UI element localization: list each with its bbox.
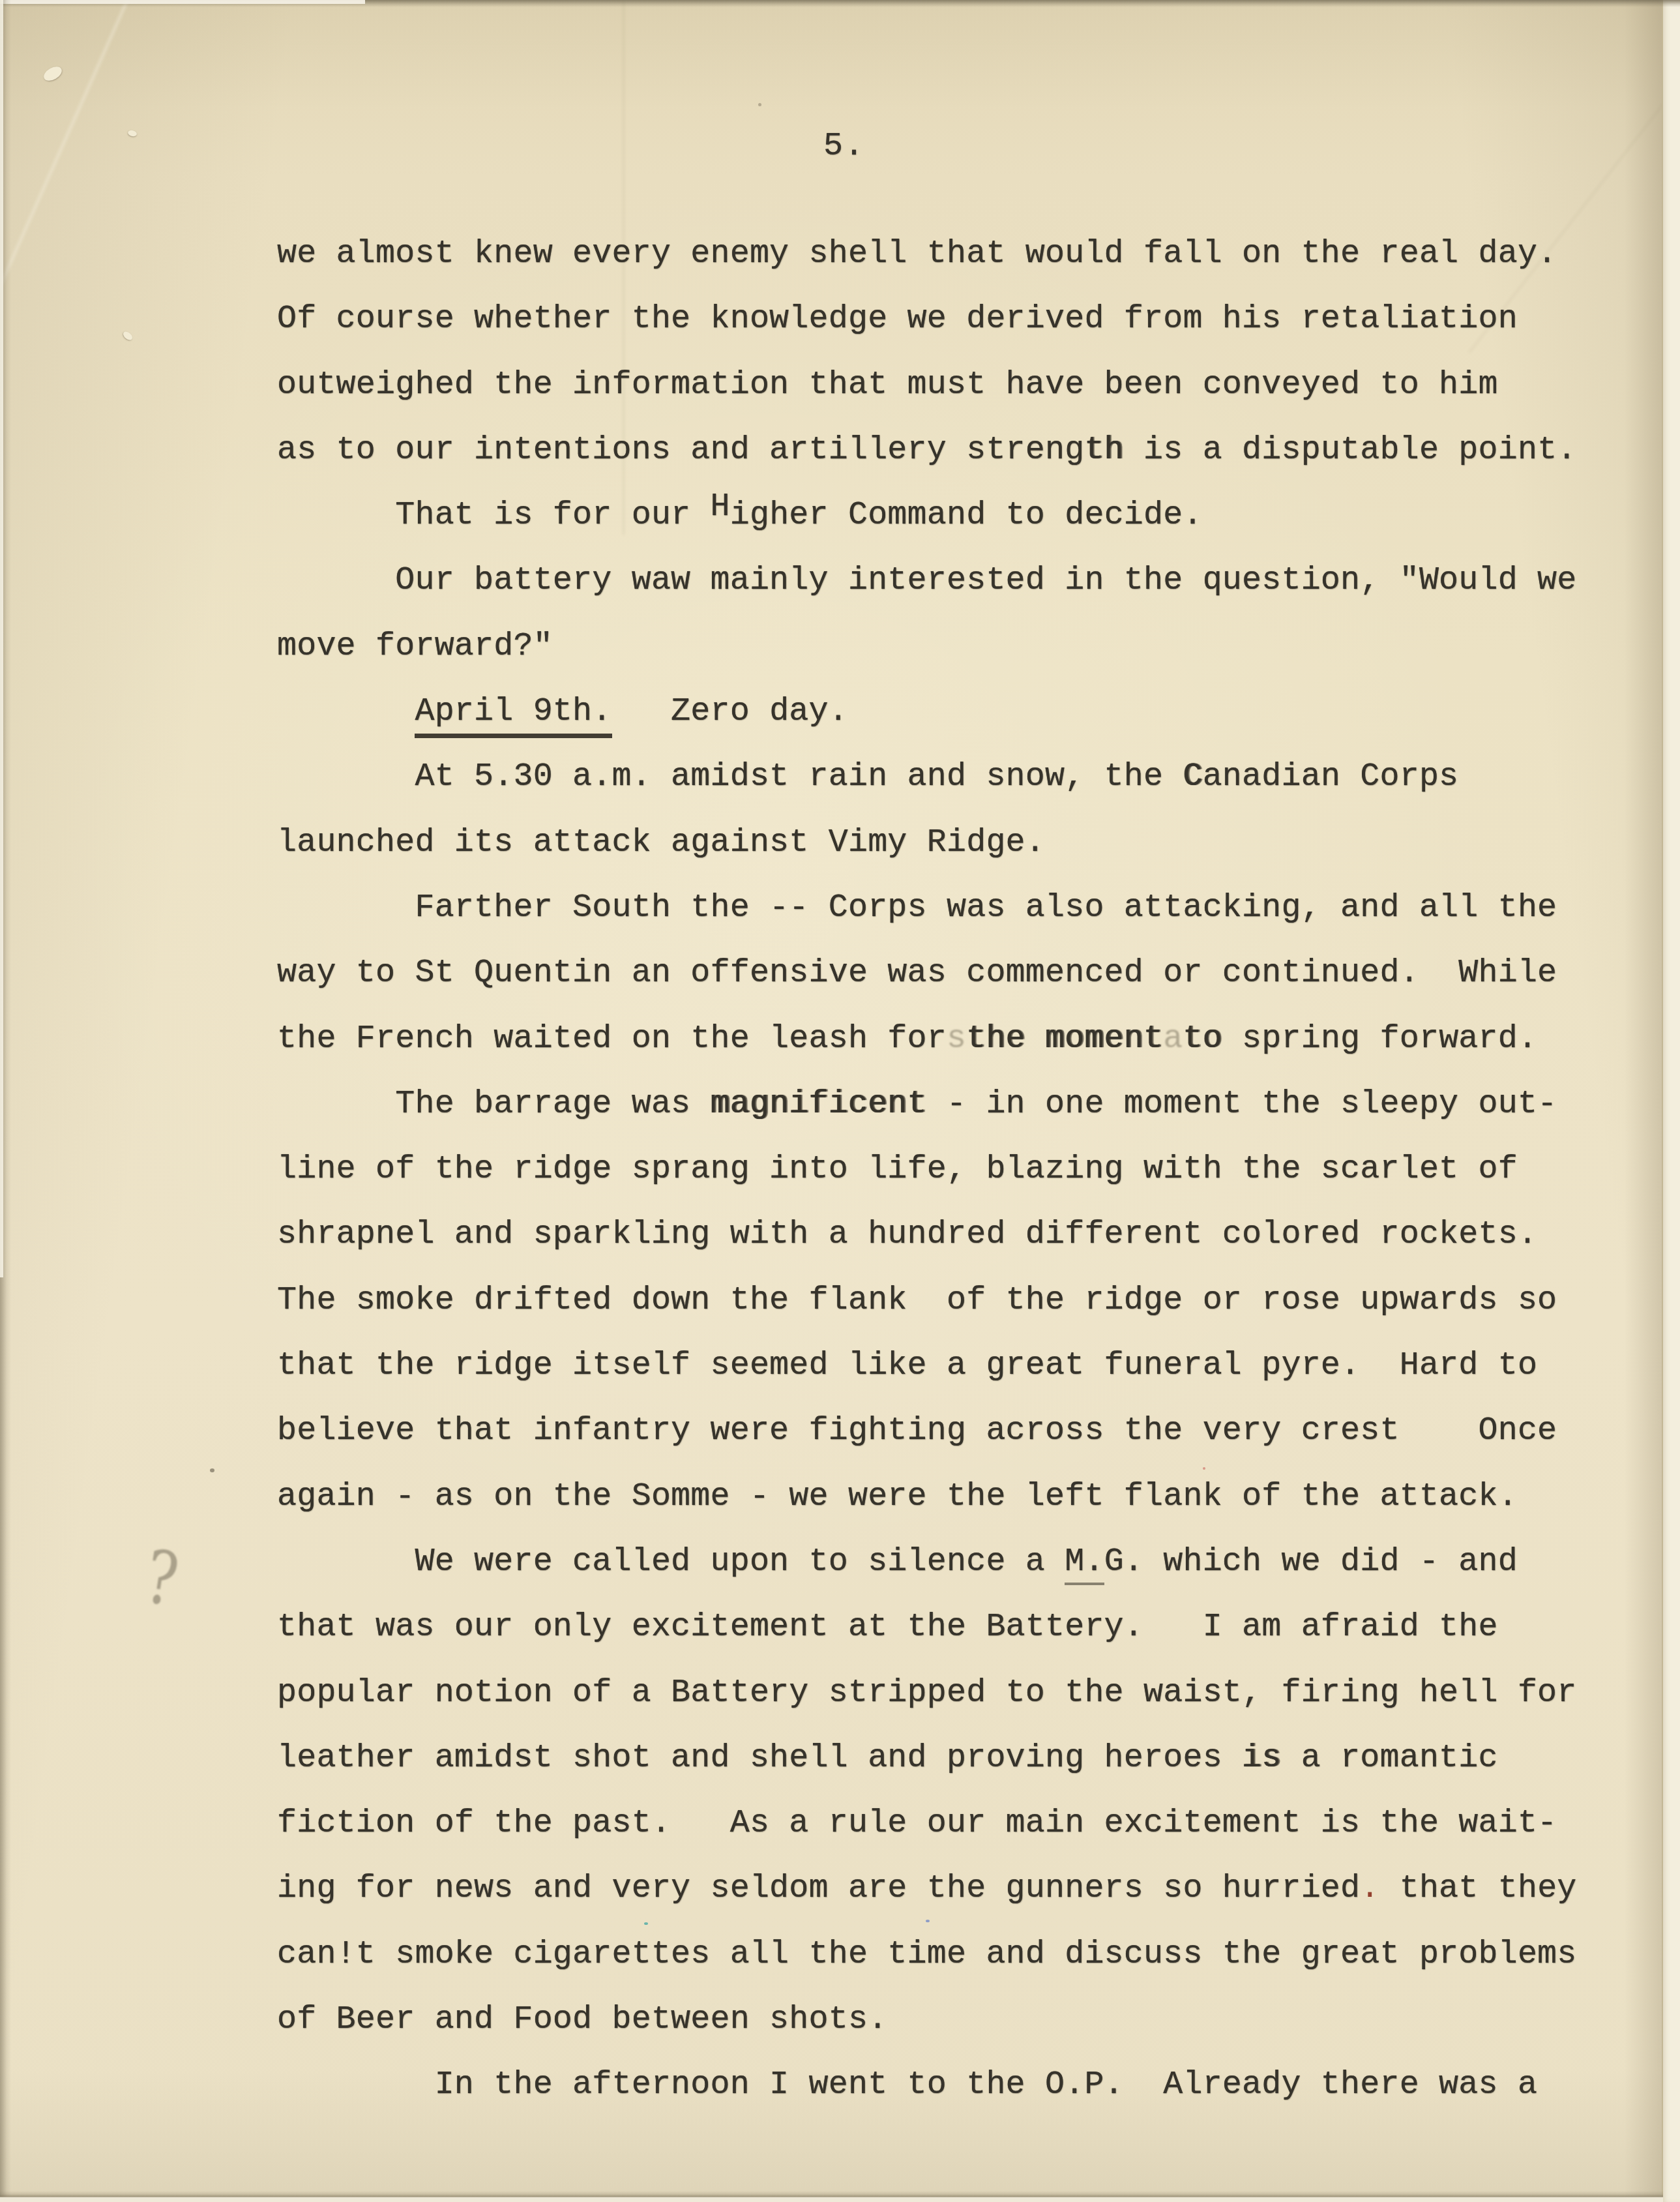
document-page: 5. we almost knew every enemy shell that… bbox=[0, 0, 1680, 2202]
typed-line: can!t smoke cigarettes all the time and … bbox=[277, 1922, 1577, 1987]
typed-text-body: we almost knew every enemy shell that wo… bbox=[277, 222, 1577, 2119]
typed-line: we almost knew every enemy shell that wo… bbox=[277, 222, 1577, 287]
typed-line: In the afternoon I went to the O.P. Alre… bbox=[277, 2053, 1577, 2118]
typed-line: fiction of the past. As a rule our main … bbox=[277, 1791, 1577, 1856]
typed-line: that was our only excitement at the Batt… bbox=[277, 1595, 1577, 1660]
typed-line: outweighed the information that must hav… bbox=[277, 353, 1577, 418]
typed-line: ing for news and very seldom are the gun… bbox=[277, 1856, 1577, 1922]
typed-line: The barrage was magnificent - in one mom… bbox=[277, 1072, 1577, 1137]
typed-line: Of course whether the knowledge we deriv… bbox=[277, 287, 1577, 352]
typed-line: At 5.30 a.m. amidst rain and snow, the C… bbox=[277, 745, 1577, 810]
typed-line: That is for our Higher Command to decide… bbox=[277, 483, 1577, 548]
typed-line: line of the ridge sprang into life, blaz… bbox=[277, 1137, 1577, 1202]
typed-line: Farther South the -- Corps was also atta… bbox=[277, 876, 1577, 941]
scan-edge-sliver bbox=[0, 0, 365, 4]
paper-edge-right bbox=[1663, 0, 1680, 2202]
typed-line: believe that infantry were fighting acro… bbox=[277, 1399, 1577, 1464]
typed-line: the French waited on the leash forsthe m… bbox=[277, 1007, 1577, 1072]
paper-speck bbox=[758, 103, 761, 106]
pencil-annotation: ? bbox=[140, 1534, 184, 1623]
typed-line: move forward?" bbox=[277, 614, 1577, 679]
typed-line: launched its attack against Vimy Ridge. bbox=[277, 811, 1577, 876]
paper-flaw bbox=[127, 129, 138, 137]
typed-line: as to our intentions and artillery stren… bbox=[277, 418, 1577, 483]
page-number: 5. bbox=[799, 128, 890, 165]
typed-line: of Beer and Food between shots. bbox=[277, 1987, 1577, 2053]
paper-flaw bbox=[122, 330, 134, 342]
paper-edge-bottom bbox=[0, 2191, 1663, 2202]
typed-line: leather amidst shot and shell and provin… bbox=[277, 1726, 1577, 1791]
typed-line: shrapnel and sparkling with a hundred di… bbox=[277, 1202, 1577, 1268]
typed-line: way to St Quentin an offensive was comme… bbox=[277, 941, 1577, 1006]
paper-edge-shadow bbox=[1624, 0, 1663, 2202]
typed-line: Our battery waw mainly interested in the… bbox=[277, 548, 1577, 614]
typed-line: We were called upon to silence a M.G. wh… bbox=[277, 1530, 1577, 1595]
typed-line: The smoke drifted down the flank of the … bbox=[277, 1268, 1577, 1333]
typed-line: that the ridge itself seemed like a grea… bbox=[277, 1333, 1577, 1399]
paper-crease bbox=[0, 0, 131, 293]
typed-line: popular notion of a Battery stripped to … bbox=[277, 1661, 1577, 1726]
paper-speck bbox=[210, 1468, 214, 1472]
typed-line: April 9th. Zero day. bbox=[277, 679, 1577, 745]
scan-edge-sliver bbox=[0, 0, 3, 1277]
paper-flaw bbox=[42, 64, 65, 84]
typed-line: again - as on the Somme - we were the le… bbox=[277, 1465, 1577, 1530]
